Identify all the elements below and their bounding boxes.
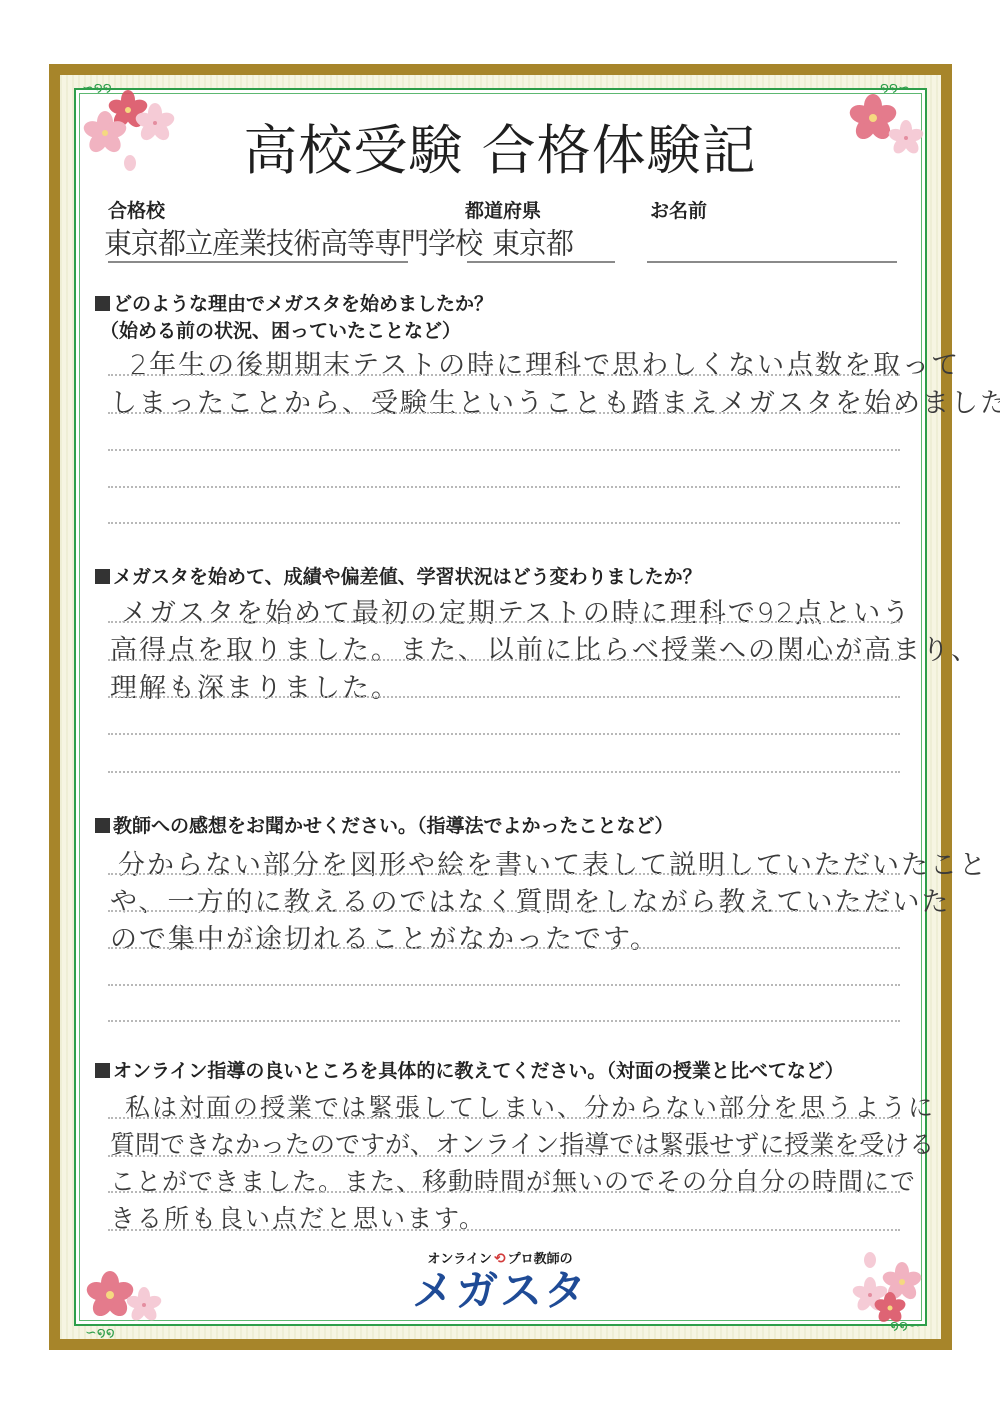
answer-3-line-1: 分からない部分を図形や絵を書いて表して説明していただいたこと xyxy=(118,843,988,882)
answer-1-line-2: しまったことから、受験生ということも踏まえメガスタを始めました。 xyxy=(110,381,1000,420)
document-title: 高校受験 合格体験記 xyxy=(0,108,1000,185)
ruled-line xyxy=(108,873,900,875)
swirl-ornament-bottom-right-icon: ໑໑∽ xyxy=(890,1318,920,1334)
answer-2-line-2: 高得点を取りました。また、以前に比らべ授業への関心が高まり、 xyxy=(110,628,980,667)
ruled-line xyxy=(108,374,900,376)
swirl-ornament-bottom-left-icon: ∽໑໑ xyxy=(85,1325,115,1341)
swirl-ornament-top-left-icon: ∽໑໑ xyxy=(82,80,112,96)
ruled-line xyxy=(108,522,900,524)
ruled-line xyxy=(108,771,900,773)
ruled-line xyxy=(108,910,900,912)
ruled-line xyxy=(108,1020,900,1022)
ruled-line xyxy=(108,449,900,451)
swirl-ornament-top-right-icon: ໑໑∽ xyxy=(880,80,910,96)
school-underline xyxy=(108,261,408,263)
ruled-line xyxy=(108,733,900,735)
answer-2-line-1: メガスタを始めて最初の定期テストの時に理科で92点という xyxy=(120,591,911,630)
answer-3-line-2: や、一方的に教えるのではなく質問をしながら教えていただいた xyxy=(110,880,950,919)
ruled-line xyxy=(108,621,900,623)
question-1-subheading: （始める前の状況、困っていたことなど） xyxy=(100,316,461,343)
ruled-line xyxy=(108,1117,900,1119)
question-3-heading: 教師への感想をお聞かせください。（指導法でよかったことなど） xyxy=(95,811,674,838)
name-underline xyxy=(647,261,897,263)
ruled-line xyxy=(108,696,900,698)
bullet-square-icon xyxy=(95,296,110,311)
answer-1-line-1: 2年生の後期期末テストの時に理科で思わしくない点数を取って xyxy=(130,343,960,382)
school-label: 合格校 xyxy=(108,196,165,223)
ruled-line xyxy=(108,1155,900,1157)
ruled-line xyxy=(108,1191,900,1193)
ruled-line xyxy=(108,659,900,661)
ruled-line xyxy=(108,486,900,488)
prefecture-underline xyxy=(467,261,615,263)
question-4-heading: オンライン指導の良いところを具体的に教えてください。（対面の授業と比べてなど） xyxy=(95,1056,844,1083)
logo-brand: メガスタ xyxy=(0,1258,1000,1318)
question-1-heading: どのような理由でメガスタを始めましたか？ xyxy=(95,289,493,316)
ruled-line xyxy=(108,947,900,949)
name-label: お名前 xyxy=(650,196,707,223)
ruled-line xyxy=(108,1229,900,1231)
ruled-line xyxy=(108,984,900,986)
bullet-square-icon xyxy=(95,1063,110,1078)
prefecture-value: 東京都 xyxy=(492,221,573,263)
prefecture-label: 都道府県 xyxy=(465,196,541,223)
ruled-line xyxy=(108,412,900,414)
bullet-square-icon xyxy=(95,818,110,833)
answer-3-line-3: ので集中が途切れることがなかったです。 xyxy=(110,917,659,956)
answer-2-line-3: 理解も深まりました。 xyxy=(110,666,400,705)
bullet-square-icon xyxy=(95,569,110,584)
question-2-heading: メガスタを始めて、成績や偏差値、学習状況はどう変わりましたか？ xyxy=(95,562,702,589)
school-value: 東京都立産業技術高等専門学校 xyxy=(104,221,482,263)
